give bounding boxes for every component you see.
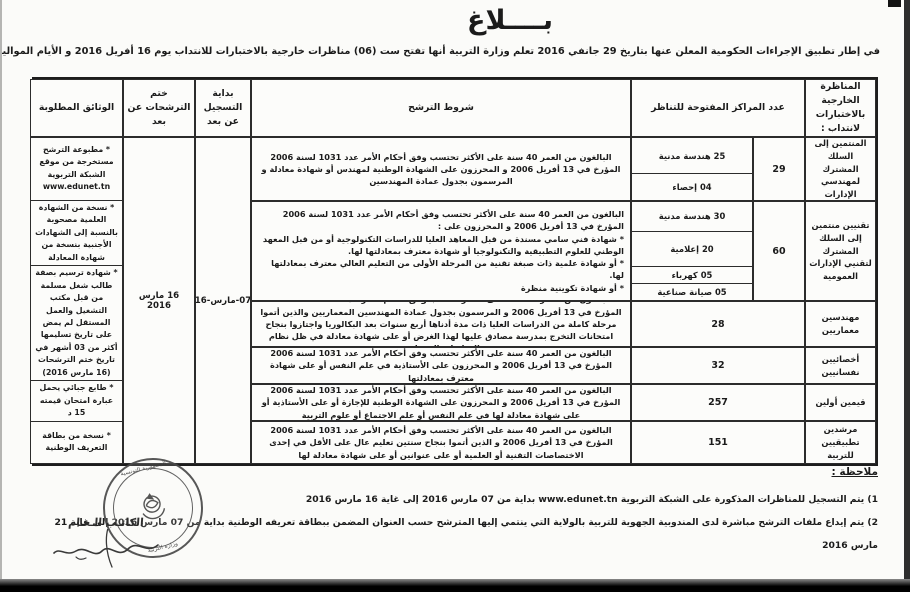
competitions-table: المناظرة الخارجية بالاختبارات لانتداب : … — [32, 77, 878, 466]
col-header-reg-start: بداية التسجيل عن بعد — [195, 79, 251, 137]
conditions-cell: البالغون من العمر 40 سنة على الأكثر تحتس… — [251, 301, 631, 347]
positions-breakdown-item: 05 صيانة صناعية — [632, 284, 752, 300]
col-header-competition: المناظرة الخارجية بالاختبارات لانتداب : — [805, 79, 876, 137]
scan-corner-mark — [888, 0, 901, 7]
scanned-announcement-page: بــــلاغ في إطار تطبيق الإجراءات الحكومي… — [0, 0, 910, 592]
col-header-positions: عدد المراكز المفتوحة للتناظر — [631, 79, 805, 137]
job-title-cell: مهندسين معماريين — [805, 301, 876, 347]
conditions-cell: البالغون من العمر 40 سنة على الأكثر تحتس… — [251, 384, 631, 421]
positions-total-cell: 28 — [631, 301, 805, 347]
positions-breakdown-item: 04 إحصاء — [632, 174, 752, 200]
page-title: بــــلاغ — [440, 5, 580, 36]
scan-right-edge — [904, 0, 910, 592]
job-title-cell: أخصائيين نفسانيين — [805, 347, 876, 384]
conditions-cell: البالغون من العمر 40 سنة على الأكثر تحتس… — [251, 421, 631, 464]
col-header-documents: الوثائق المطلوبة — [30, 79, 123, 137]
positions-breakdown-item: 05 كهرباء — [632, 267, 752, 284]
positions-total-cell: 32 — [631, 347, 805, 384]
positions-total-cell: 29 — [753, 137, 805, 201]
positions-total-cell: 257 — [631, 384, 805, 421]
job-title-cell: مهندسين أولين المنتمين إلى السلك المشترك… — [805, 137, 876, 201]
positions-total-cell: 151 — [631, 421, 805, 464]
job-title-cell: تقنيين منتمين إلى السلك المشترك لتقنيي ا… — [805, 201, 876, 301]
intro-text: في إطار تطبيق الإجراءات الحكومية المعلن … — [28, 46, 880, 57]
signature-title: الكاتـب الـعـام — [36, 516, 177, 529]
positions-breakdown-item: 30 هندسة مدنية — [632, 202, 752, 232]
positions-breakdown-item: 20 إعلامية — [632, 232, 752, 267]
document-item: * شهادة ترسيم بصفة طالب شغل مسلمة من قبل… — [31, 266, 122, 381]
signature-scribble-icon — [46, 529, 166, 569]
conditions-cell: البالغون من العمر 40 سنة على الأكثر تحتس… — [251, 137, 631, 201]
document-item: * مطبوعة الترشح مستخرجة من موقع الشبكة ا… — [31, 138, 122, 201]
positions-breakdown-item: 25 هندسة مدنية — [632, 138, 752, 174]
reg-close-date: 16 مارس 2016 — [123, 137, 195, 464]
scan-left-edge — [0, 0, 2, 592]
positions-breakdown-cell: 30 هندسة مدنية 20 إعلامية 05 كهرباء 05 ص… — [631, 201, 753, 301]
document-item: * نسخة من الشهادة العلمية مصحوبة بالنسبة… — [31, 201, 122, 266]
scan-bottom-edge — [0, 579, 910, 592]
job-title-cell: مرشدين تطبيقيين للتربية — [805, 421, 876, 464]
secretary-signature: الكاتـب الـعـام — [36, 516, 176, 573]
job-title-cell: قيمين أولين — [805, 384, 876, 421]
positions-total-cell: 60 — [753, 201, 805, 301]
conditions-cell: البالغون من العمر 40 سنة على الأكثر تحتس… — [251, 201, 631, 301]
conditions-cell: البالغون من العمر 40 سنة على الأكثر تحتس… — [251, 347, 631, 384]
documents-list: * مطبوعة الترشح مستخرجة من موقع الشبكة ا… — [30, 137, 123, 464]
col-header-reg-close: ختم الترشحات عن بعد — [123, 79, 195, 137]
positions-breakdown-cell: 25 هندسة مدنية 04 إحصاء — [631, 137, 753, 201]
document-item: * نسخة من بطاقة التعريف الوطنية — [31, 422, 122, 463]
document-item: * طابع جبائي يحمل عبارة امتحان قيمته 15 … — [31, 381, 122, 421]
reg-start-date: 07-مارس-16 — [195, 137, 251, 464]
col-header-conditions: شروط الترشح — [251, 79, 631, 137]
